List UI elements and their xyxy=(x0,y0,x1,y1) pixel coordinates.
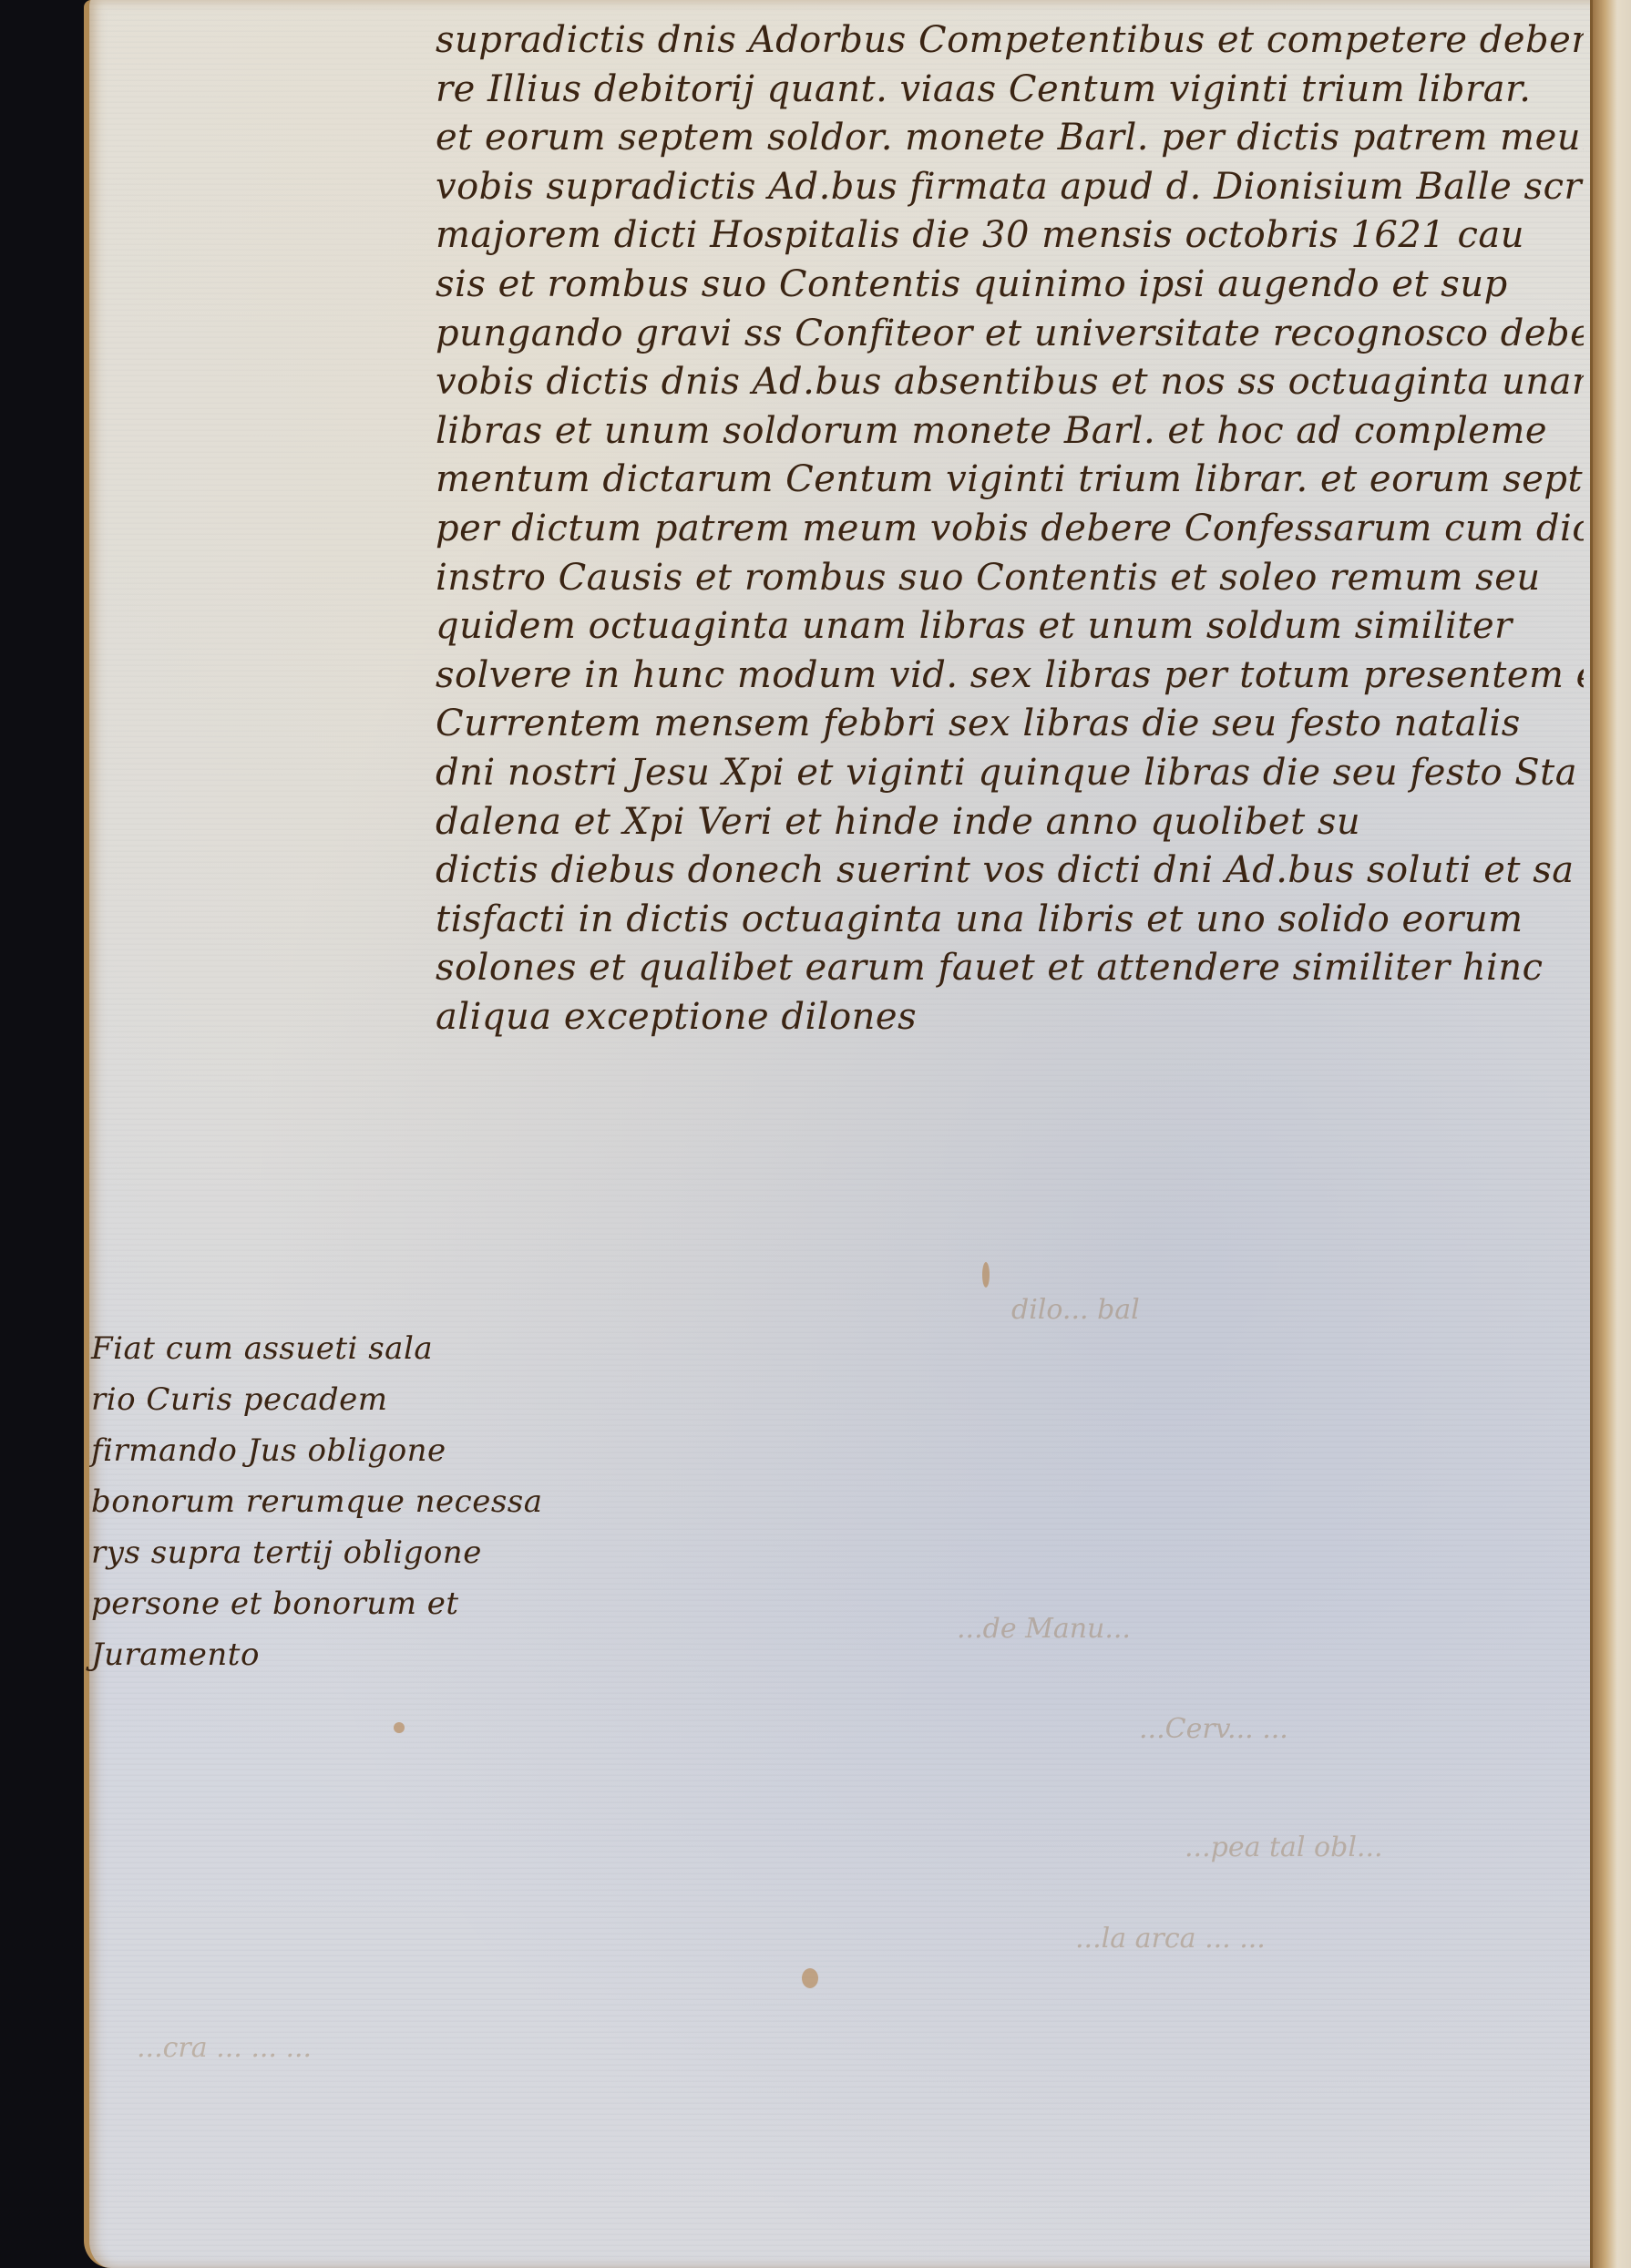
margin-note-line: bonorum rerumque necessa xyxy=(91,1476,474,1527)
foxing-stain xyxy=(394,1722,405,1733)
text-line: dni nostri Jesu Xpi et viginti quinque l… xyxy=(436,749,1584,798)
text-line: vobis supradictis Ad.bus firmata apud d.… xyxy=(436,163,1584,212)
text-line: instro Causis et rombus suo Contentis et… xyxy=(436,554,1584,603)
bleed-through-text: ...pea tal obl... xyxy=(1185,1832,1383,1863)
bleed-through-text: dilo... bal xyxy=(1011,1294,1140,1326)
text-line: solvere in hunc modum vid. sex libras pe… xyxy=(436,652,1584,701)
text-line: et eorum septem soldor. monete Barl. per… xyxy=(436,114,1584,163)
text-line: vobis dictis dnis Ad.bus absentibus et n… xyxy=(436,358,1584,407)
text-line: sis et rombus suo Contentis quinimo ipsi… xyxy=(436,261,1584,310)
bleed-through-text: ...Cerv... ... xyxy=(1139,1713,1288,1745)
text-line: majorem dicti Hospitalis die 30 mensis o… xyxy=(436,211,1584,261)
text-line: supradictis dnis Adorbus Competentibus e… xyxy=(436,16,1584,66)
text-line: dictis diebus donech suerint vos dicti d… xyxy=(436,847,1584,896)
main-text-block: supradictis dnis Adorbus Competentibus e… xyxy=(436,16,1584,1042)
text-line: aliqua exceptione dilones xyxy=(436,993,1584,1042)
bleed-through-text: ...la arca ... ... xyxy=(1075,1923,1266,1955)
margin-note-line: Juramento xyxy=(91,1629,474,1680)
margin-note-line: firmando Jus obligone xyxy=(91,1425,474,1476)
text-line: quidem octuaginta unam libras et unum so… xyxy=(436,602,1584,652)
text-line: solones et qualibet earum fauet et atten… xyxy=(436,944,1584,993)
text-line: libras et unum soldorum monete Barl. et … xyxy=(436,407,1584,457)
text-line: dalena et Xpi Veri et hinde inde anno qu… xyxy=(436,798,1584,847)
margin-note-line: rys supra tertij obligone xyxy=(91,1527,474,1578)
bleed-through-text: ...de Manu... xyxy=(957,1613,1131,1645)
text-line: tisfacti in dictis octuaginta una libris… xyxy=(436,896,1584,945)
text-line: pungando gravi ss Confiteor et universit… xyxy=(436,310,1584,359)
margin-note-line: Fiat cum assueti sala xyxy=(91,1323,474,1374)
bleed-through-text: ...cra ... ... ... xyxy=(137,2032,312,2064)
text-line: per dictum patrem meum vobis debere Conf… xyxy=(436,505,1584,554)
text-line: re Illius debitorij quant. viaas Centum … xyxy=(436,66,1584,115)
scan-background: dilo... bal ...de Manu... ...Cerv... ...… xyxy=(0,0,1631,2268)
margin-note-line: persone et bonorum et xyxy=(91,1578,474,1629)
margin-note: Fiat cum assueti sala rio Curis pecadem … xyxy=(91,1323,474,1680)
foxing-stain xyxy=(982,1262,990,1288)
text-line: mentum dictarum Centum viginti trium lib… xyxy=(436,456,1584,505)
binding-fold xyxy=(1590,0,1631,2268)
foxing-stain xyxy=(802,1968,818,1988)
margin-note-line: rio Curis pecadem xyxy=(91,1374,474,1425)
text-line: Currentem mensem febbri sex libras die s… xyxy=(436,700,1584,749)
